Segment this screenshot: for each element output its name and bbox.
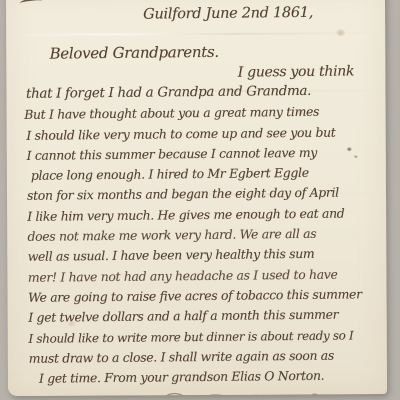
letter-line: mer! I have not had any headache as I us… <box>28 264 381 288</box>
letter-line: must draw to a close. I shall write agai… <box>29 345 382 369</box>
scan-background: Guilford June 2nd 1861, Beloved Grandpar… <box>0 0 400 400</box>
letter-opening-line: I guess you think <box>238 61 379 82</box>
letter-page: Guilford June 2nd 1861, Beloved Grandpar… <box>6 0 387 396</box>
cutoff-next-line-strokes <box>158 385 348 395</box>
letter-text: Guilford June 2nd 1861, Beloved Grandpar… <box>25 2 382 389</box>
letter-dateline: Guilford June 2nd 1861, <box>143 2 378 25</box>
letter-line: does not make me work very hard. We are … <box>27 223 380 247</box>
letter-line: I should like very much to come up and s… <box>26 122 379 146</box>
